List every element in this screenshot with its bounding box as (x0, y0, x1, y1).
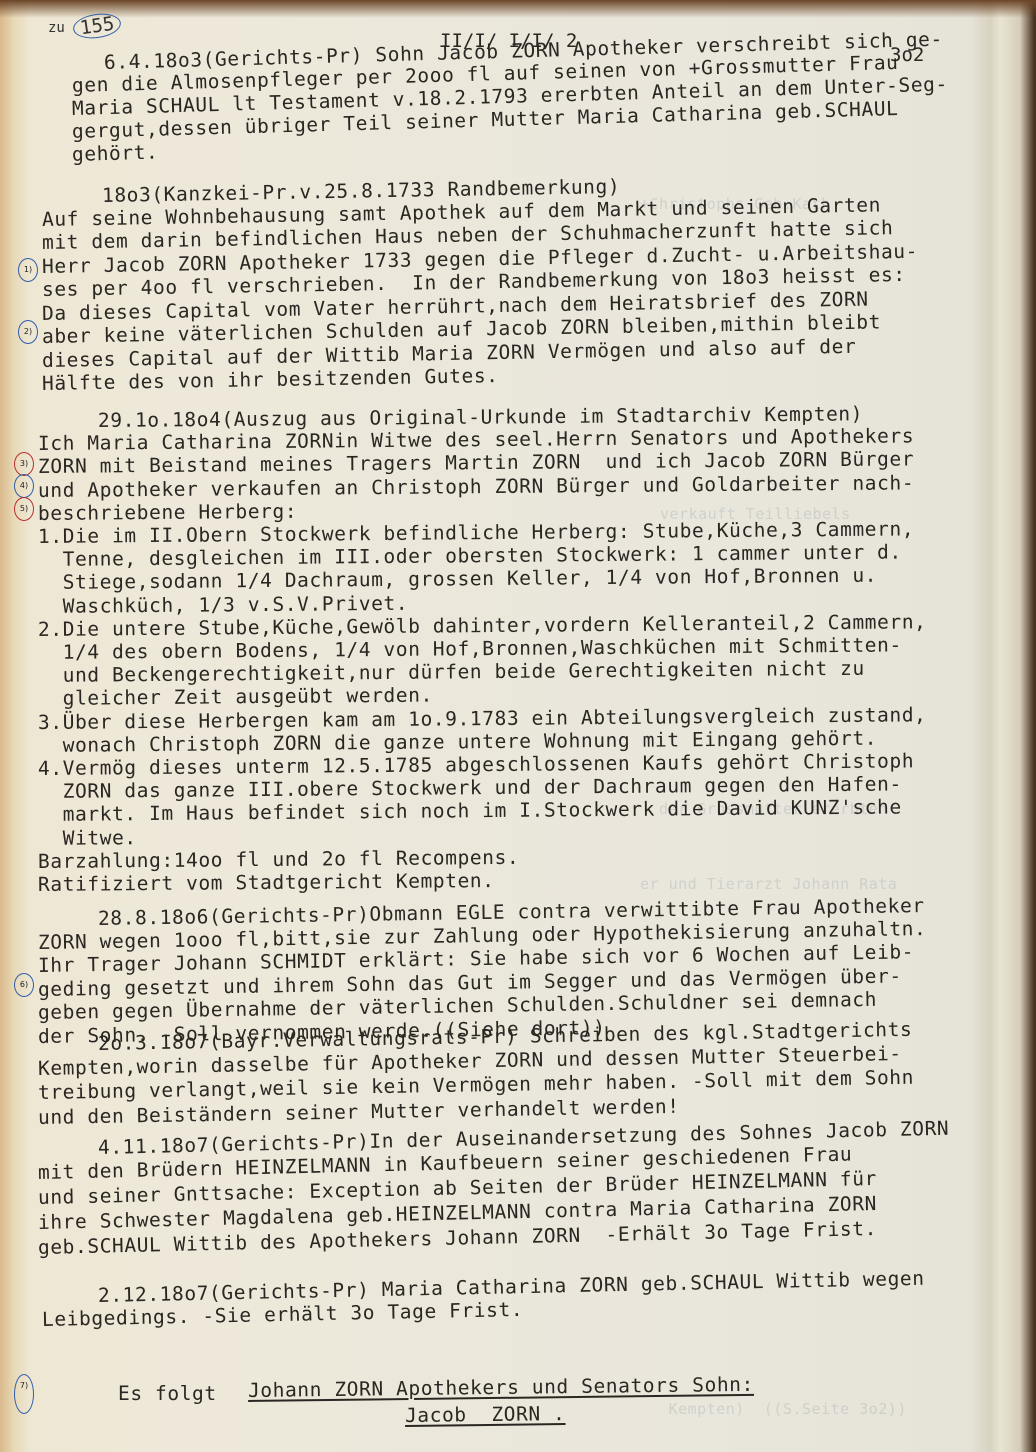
footer-line-2: Jacob ZORN . (405, 1403, 566, 1427)
margin-annotation-mark: 5) (14, 497, 34, 521)
footer-prefix: Es folgt (118, 1383, 217, 1405)
document-line: gleicher Zeit ausgeübt werden. (38, 685, 433, 710)
margin-annotation-mark: 2) (18, 320, 38, 344)
document-line: gehört. (72, 142, 159, 166)
document-line: Ratifiziert vom Stadtgericht Kempten. (38, 870, 495, 896)
margin-annotation-mark: 3) (14, 452, 34, 476)
page-reference: zu 155 (48, 14, 122, 38)
document-line: beschriebene Herberg: (38, 501, 297, 525)
margin-annotation-mark: 4) (14, 474, 34, 498)
margin-annotation-mark: 7) (14, 1374, 34, 1414)
document-line: Witwe. (38, 827, 137, 850)
bleed-through-text: Kempten) ((S.Seite 3o2)) (640, 1400, 907, 1418)
margin-annotation-mark: 6) (14, 973, 34, 997)
bleed-through-text: er und Tierarzt Johann Rata (640, 875, 897, 893)
page-ref-number: 155 (72, 11, 123, 41)
document-line: Waschküch, 1/3 v.S.V.Privet. (38, 592, 408, 617)
margin-annotation-mark: 1) (18, 258, 38, 282)
book-edge-shadow (0, 0, 1036, 18)
page-ref-prefix: zu (48, 20, 65, 36)
